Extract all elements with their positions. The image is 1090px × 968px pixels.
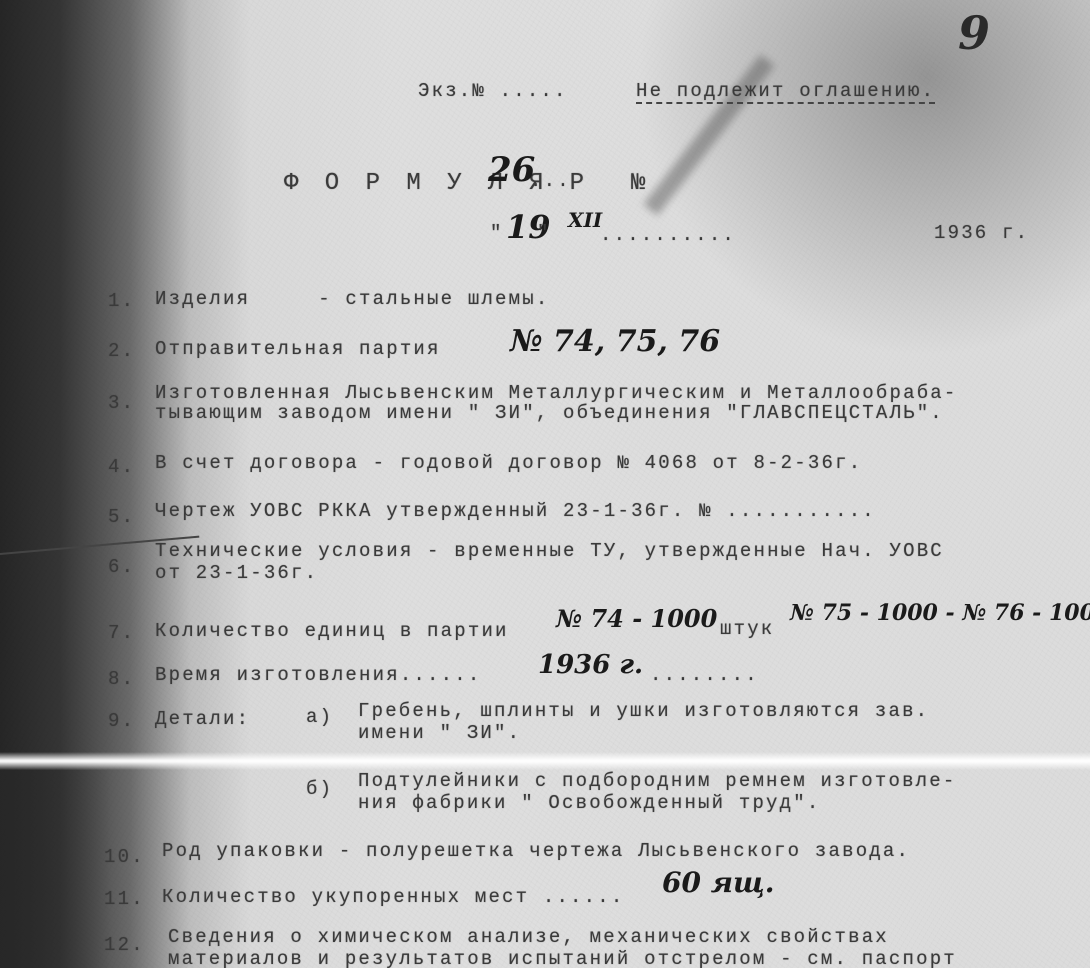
item-4-text: В счет договора - годовой договор № 4068… [155,452,862,474]
item-8-number: 8. [108,668,135,690]
paper-texture [0,0,1090,968]
item-6-line-1: Технические условия - временные ТУ, утве… [155,540,944,562]
item-3-line-1: Изготовленная Лысьвенским Металлургическ… [155,382,958,404]
item-9b-marker: б) [306,778,333,800]
document-scan: 9 Экз.№ ..... Не подлежит оглашению. Ф О… [0,0,1090,968]
item-8-text: Время изготовления...... [155,664,481,686]
fold-crease [0,752,1090,770]
item-9-label: Детали: [155,708,250,730]
item-6-line-2: от 23-1-36г. [155,562,318,584]
date-year: 1936 г. [934,222,1029,244]
item-1-text: Изделия - стальные шлемы. [155,288,549,310]
item-9a-line-1: Гребень, шплинты и ушки изготовляются за… [358,700,929,722]
item-7-text: Количество единиц в партии [155,620,509,642]
item-7-handwritten-qty: № 74 - 1000 [556,604,717,633]
item-5-text: Чертеж УОВС РККА утвержденный 23-1-36г. … [155,500,876,522]
restriction-stamp: Не подлежит оглашению. [636,80,935,104]
folio-number: 9 [958,6,990,60]
date-open-quote: " [490,222,504,244]
item-9a-line-2: имени " ЗИ". [358,722,521,744]
item-3-number: 3. [108,392,135,414]
date-close-quote: " [537,222,551,244]
date-dots: .......... [600,224,736,246]
formular-number: 26 [488,150,535,190]
item-12-line-1: Сведения о химическом анализе, механичес… [168,926,889,948]
title-dots: ... [530,170,571,192]
item-7-handwritten-extra: № 75 - 1000 - № 76 - 1000 [790,600,1090,626]
item-4-number: 4. [108,456,135,478]
item-12-line-2: материалов и результатов испытаний отстр… [168,948,957,968]
item-3-line-2: тывающим заводом имени " ЗИ", объединени… [155,402,944,424]
item-10-text: Род упаковки - полурешетка чертежа Лысьв… [162,840,910,862]
item-10-number: 10. [104,846,145,868]
item-2-handwritten-batch: № 74, 75, 76 [510,324,720,359]
item-7-unit: штук [720,618,774,640]
item-8-handwritten-year: 1936 г. [538,650,643,680]
item-5-number: 5. [108,506,135,528]
item-8-dots: ........ [650,664,759,686]
item-7-number: 7. [108,622,135,644]
item-11-text: Количество укупоренных мест ...... [162,886,624,908]
item-12-number: 12. [104,934,145,956]
item-1-number: 1. [108,290,135,312]
item-2-text: Отправительная партия [155,338,441,360]
item-11-number: 11. [104,888,145,910]
item-11-handwritten-places: 60 ящ. [662,866,775,899]
shadow-band [0,770,110,968]
document-title: Ф О Р М У Л Я Р № [284,170,651,197]
date-month: XII [568,208,602,232]
item-6-number: 6. [108,556,135,578]
copy-number-label: Экз.№ ..... [418,80,568,102]
item-2-number: 2. [108,340,135,362]
item-9b-line-2: ния фабрики " Освобожденный труд". [358,792,820,814]
item-9b-line-1: Подтулейники с подбородним ремнем изгото… [358,770,956,792]
item-9-number: 9. [108,710,135,732]
item-9a-marker: а) [306,706,333,728]
